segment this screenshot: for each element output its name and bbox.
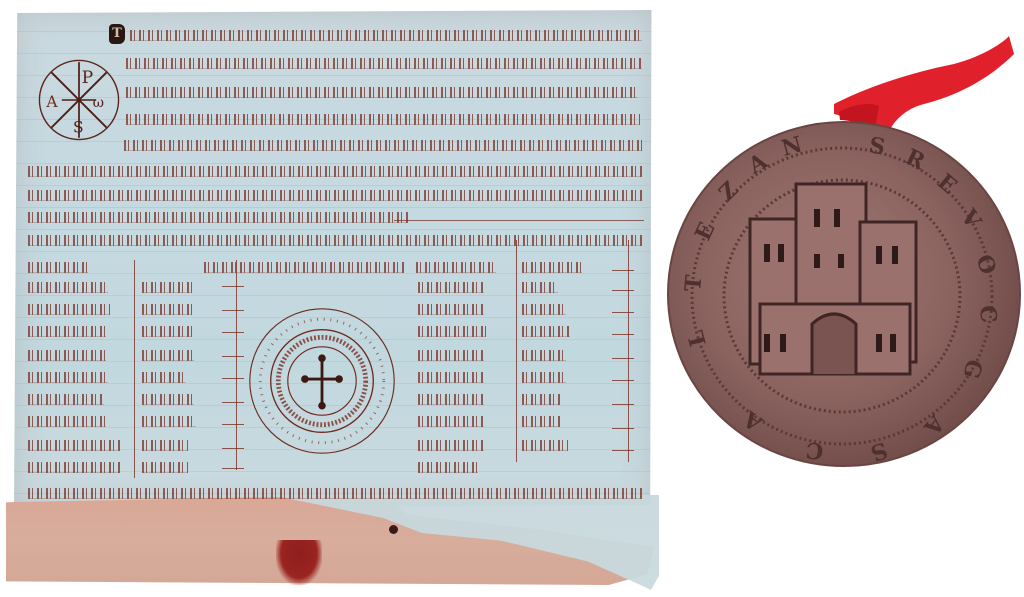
witness-col5-row6 — [522, 372, 566, 383]
witness-col5-row8 — [522, 416, 560, 427]
text-line-3 — [126, 87, 638, 98]
tick — [222, 468, 244, 469]
witness-col2-row4 — [142, 350, 194, 361]
svg-text:C: C — [805, 436, 825, 463]
witness-col2-row7 — [142, 416, 196, 427]
tick — [612, 270, 634, 271]
tick — [612, 404, 634, 405]
witness-col1-row3 — [28, 304, 110, 315]
witness-col5-row3 — [522, 304, 566, 315]
witness-col1-row9 — [28, 440, 120, 451]
witness-col5-row9 — [522, 440, 568, 451]
text-line-8 — [28, 212, 408, 223]
chancellor-line — [204, 262, 404, 273]
witness-col2-row6 — [142, 394, 194, 405]
witness-col2-row2 — [142, 304, 192, 315]
tick — [222, 310, 244, 311]
witness-col1-row7 — [28, 394, 104, 405]
tick — [612, 450, 634, 451]
witness-col2-row5 — [142, 372, 186, 383]
witness-col5-row7 — [522, 394, 560, 405]
text-line-6 — [28, 166, 642, 177]
text-line-1 — [130, 30, 642, 41]
witness-col5-row5 — [522, 350, 566, 361]
chrismon-icon: P A ω S — [36, 57, 122, 143]
column-rule-3 — [516, 240, 517, 462]
witness-col4-row10 — [418, 462, 478, 473]
seal-hole — [389, 525, 398, 534]
witness-col1-row10 — [28, 462, 120, 473]
charter-document: T P A ω S — [14, 10, 654, 580]
tick — [612, 358, 634, 359]
witness-col4-row7 — [418, 394, 484, 405]
rota-royal-sign — [246, 305, 398, 457]
witness-col5-row2 — [522, 282, 558, 293]
column-rule-2 — [236, 260, 237, 470]
svg-text:T: T — [680, 273, 707, 292]
tick — [222, 424, 244, 425]
witness-col4-row5 — [418, 350, 484, 361]
wax-seal: N A Z E T L S R E V O C G A S C A — [664, 34, 1024, 484]
tick — [222, 378, 244, 379]
tick — [612, 428, 634, 429]
tick — [612, 380, 634, 381]
closing-line — [28, 488, 642, 499]
text-line-5 — [124, 140, 642, 151]
tick — [222, 356, 244, 357]
svg-text:A: A — [45, 93, 58, 111]
witness-col4-row8 — [418, 416, 484, 427]
svg-text:P: P — [82, 68, 94, 88]
column-rule-1 — [134, 260, 135, 478]
witness-col4-row3 — [418, 304, 484, 315]
witness-col4-row4 — [418, 326, 486, 337]
tick — [612, 290, 634, 291]
witness-col3-header — [416, 262, 496, 273]
svg-text:C: C — [974, 304, 1001, 324]
witness-col2-row1 — [142, 282, 192, 293]
witness-col1-row5 — [28, 350, 106, 361]
text-line-9 — [28, 235, 642, 246]
tick — [222, 402, 244, 403]
cross-icon — [303, 356, 342, 408]
witness-col5-row1 — [522, 262, 582, 273]
tick — [222, 332, 244, 333]
charter-text: T P A ω S — [14, 10, 654, 510]
text-line-4 — [126, 114, 640, 125]
text-line-2 — [126, 58, 642, 69]
witness-col4-row9 — [418, 440, 484, 451]
witness-col1-row6 — [28, 372, 108, 383]
witness-col1-row8 — [28, 416, 106, 427]
tick — [612, 312, 634, 313]
witness-col1-row1 — [28, 262, 88, 273]
svg-text:S: S — [73, 119, 84, 137]
tick — [612, 334, 634, 335]
witness-col1-row2 — [28, 282, 108, 293]
witness-col2-row8 — [142, 440, 188, 451]
seal-cord-remnant — [276, 540, 322, 585]
witness-col4-row6 — [418, 372, 484, 383]
tick — [222, 448, 244, 449]
long-rule — [394, 220, 644, 221]
witness-col4-row2 — [418, 282, 484, 293]
text-line-7 — [28, 190, 642, 201]
tick — [222, 286, 244, 287]
witness-col1-row4 — [28, 326, 106, 337]
decorated-initial: T — [109, 24, 125, 44]
witness-col2-row3 — [142, 326, 192, 337]
witness-col5-row4 — [522, 326, 570, 337]
witness-col2-row9 — [142, 462, 188, 473]
svg-text:ω: ω — [93, 95, 104, 111]
